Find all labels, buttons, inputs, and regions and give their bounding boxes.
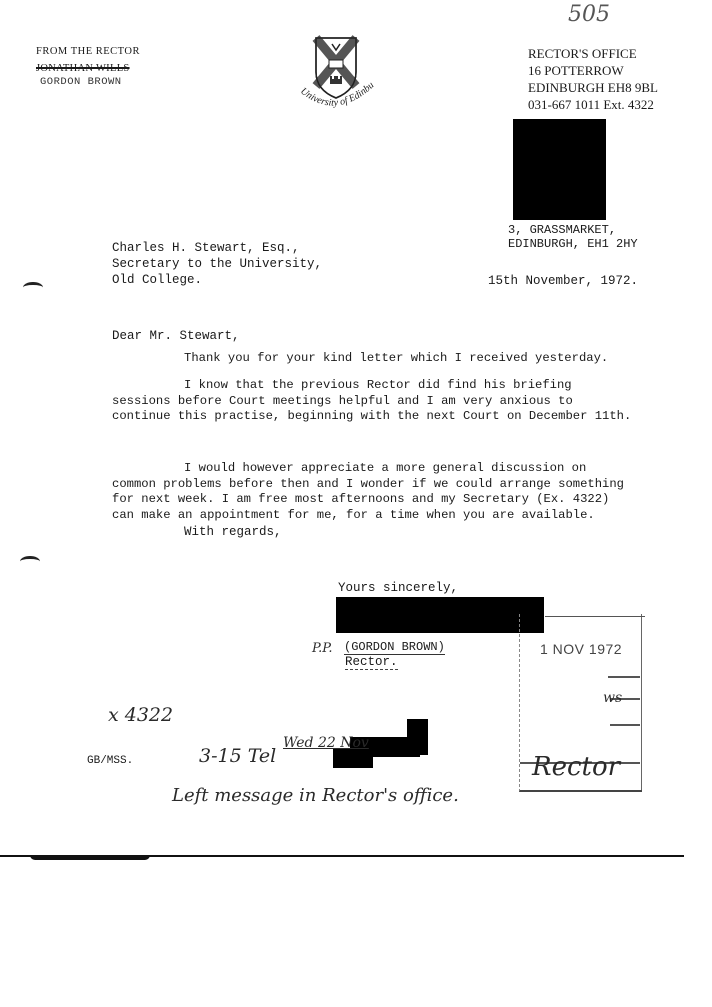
stamp-signature: Rector: [532, 752, 620, 782]
signatory-name: (GORDON BROWN): [344, 640, 445, 654]
body-paragraph: I would however appreciate a more genera…: [112, 461, 632, 523]
punch-hole-mark: [23, 282, 43, 293]
office-line: EDINBURGH EH8 9BL: [528, 79, 658, 96]
reference-code: GB/MSS.: [87, 755, 133, 767]
university-crest-icon: University of Edinburgh: [294, 34, 378, 124]
closing-line: With regards,: [184, 525, 282, 539]
stamp-initials: ws: [603, 690, 622, 706]
previous-rector-name: JONATHAN WILLS: [36, 63, 130, 74]
letter-date: 15th November, 1972.: [488, 274, 638, 288]
redaction-block: [333, 748, 373, 768]
recipient-address: Charles H. Stewart, Esq., Secretary to t…: [112, 240, 322, 288]
extension-note: x 4322: [108, 704, 173, 726]
office-line: RECTOR'S OFFICE: [528, 45, 658, 62]
office-address: RECTOR'S OFFICE 16 POTTERROW EDINBURGH E…: [528, 45, 658, 113]
salutation: Dear Mr. Stewart,: [112, 329, 240, 343]
valediction: Yours sincerely,: [338, 581, 458, 595]
stamp-top-border: [545, 616, 645, 617]
office-line: 031-667 1011 Ext. 4322: [528, 96, 658, 113]
sender-address: 3, GRASSMARKET, EDINBURGH, EH1 2HY: [508, 223, 638, 251]
page-edge-shadow: [30, 855, 150, 860]
body-paragraph: I know that the previous Rector did find…: [112, 378, 632, 425]
per-procurationem-mark: P.P.: [312, 641, 333, 656]
stamp-date: 1 NOV 1972: [540, 641, 622, 657]
calendar-date-note: Wed 22 Nov: [283, 735, 369, 751]
reference-mark: 505: [568, 2, 610, 27]
current-rector-name: GORDON BROWN: [40, 76, 122, 88]
signatory-title: Rector.: [345, 655, 398, 669]
office-message-note: Left message in Rector's office.: [172, 785, 459, 806]
body-paragraph: Thank you for your kind letter which I r…: [112, 351, 632, 367]
calendar-note: 3-15 Tel: [199, 745, 276, 767]
redaction-block: [390, 745, 420, 757]
office-line: 16 POTTERROW: [528, 62, 658, 79]
punch-hole-mark: [20, 556, 40, 567]
from-label: FROM THE RECTOR: [36, 46, 140, 57]
redaction-block: [336, 597, 544, 633]
redaction-block: [513, 119, 606, 220]
